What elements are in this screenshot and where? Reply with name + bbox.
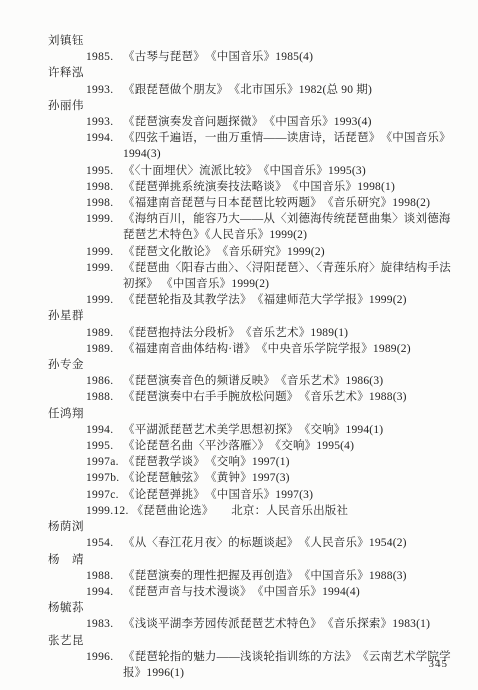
entry-row: 1989.《福建南音曲体结构·谱》 《中央音乐学院学报》1989(2) — [86, 341, 462, 357]
entry-year: 1989. — [86, 341, 120, 357]
entry-text: 《琵琶演奏中右手手腕放松问题》 《音乐艺术》1988(3) — [123, 389, 462, 405]
entry-text: 《浅谈平湖李芳园传派琵琶艺术特色》 《音乐探索》1983(1) — [123, 616, 462, 632]
entry-year: 1998. — [86, 195, 120, 211]
entry-row: 1989.《琵琶抱持法分段析》 《音乐艺术》1989(1) — [86, 325, 462, 341]
entry-row: 1999.《琵琶轮指及其教学法》 《福建师范大学学报》1999(2) — [86, 292, 462, 308]
entry-year: 1994. — [86, 130, 120, 162]
author-name: 任鸿翔 — [48, 406, 462, 422]
entry-year: 1985. — [86, 49, 120, 65]
entry-text: 《琵琶弹挑系统演奏技法略谈》 《中国音乐》1998(1) — [123, 179, 462, 195]
author-name: 杨毓荪 — [48, 600, 462, 616]
entry-year: 1993. — [86, 82, 120, 98]
page-number: 345 — [429, 658, 449, 670]
entry-row: 1997b.《论琵琶触弦》 《黄钟》1997(3) — [86, 470, 462, 486]
author-name: 杨 靖 — [48, 552, 462, 568]
entry-text: 《福建南音琵琶与日本琵琶比较两题》 《音乐研究》1998(2) — [123, 195, 462, 211]
bibliography-list: 刘镇钰1985.《古琴与琵琶》 《中国音乐》1985(4)许释泓1993.《跟琵… — [0, 0, 478, 681]
author-name: 孙星群 — [48, 308, 462, 324]
entry-year: 1988. — [86, 568, 120, 584]
entry-text: 《琵琶演奏发音问题探微》 《中国音乐》1993(4) — [123, 114, 462, 130]
entry-text: 《论琵琶触弦》 《黄钟》1997(3) — [123, 470, 462, 486]
entry-text: 《琵琶轮指及其教学法》 《福建师范大学学报》1999(2) — [123, 292, 462, 308]
entry-year: 1996. — [86, 649, 120, 681]
entry-row: 1998.《琵琶弹挑系统演奏技法略谈》 《中国音乐》1998(1) — [86, 179, 462, 195]
entry-text: 《跟琵琶做个朋友》 《北市国乐》1982(总 90 期) — [123, 82, 462, 98]
entry-year: 1999.12. — [86, 503, 129, 519]
entry-year: 1983. — [86, 616, 120, 632]
entry-row: 1999.《琵琶文化散论》 《音乐研究》1999(2) — [86, 244, 462, 260]
entry-text: 《琵琶轮指的魅力——浅谈轮指训练的方法》 《云南艺术学院学报》1996(1) — [123, 649, 462, 681]
entry-row: 1988.《琵琶演奏中右手手腕放松问题》 《音乐艺术》1988(3) — [86, 389, 462, 405]
entry-year: 1997a. — [86, 454, 120, 470]
entry-text: 《琵琶声音与技术漫谈》 《中国音乐》1994(4) — [123, 584, 462, 600]
entry-year: 1999. — [86, 292, 120, 308]
entry-text: 《论琵琶弹挑》 《中国音乐》1997(3) — [123, 487, 462, 503]
author-name: 刘镇钰 — [48, 33, 462, 49]
entry-year: 1999. — [86, 260, 120, 292]
entry-year: 1997b. — [86, 470, 120, 486]
author-name: 杨荫浏 — [48, 519, 462, 535]
entry-text: 《琵琶教学谈》 《交响》1997(1) — [123, 454, 462, 470]
entry-row: 1995.《〈十面埋伏〉流派比较》 《中国音乐》1995(3) — [86, 163, 462, 179]
entry-year: 1997c. — [86, 487, 120, 503]
entry-text: 《四弦千遍语，一曲万重情——读唐诗，话琵琶》 《中国音乐》1994(3) — [123, 130, 462, 162]
entry-text: 《海纳百川，能容乃大——从〈刘德海传统琵琶曲集〉谈刘德海琵琶艺术特色》《人民音乐… — [123, 211, 462, 243]
entry-year: 1995. — [86, 438, 120, 454]
entry-text: 《平湖派琵琶艺术美学思想初探》 《交响》1994(1) — [123, 422, 462, 438]
entry-text: 《论琵琶名曲〈平沙落雁〉》 《交响》1995(4) — [123, 438, 462, 454]
entry-year: 1998. — [86, 179, 120, 195]
entry-row: 1994.《平湖派琵琶艺术美学思想初探》 《交响》1994(1) — [86, 422, 462, 438]
entry-text: 《琵琶曲论选》 北京：人民音乐出版社 — [132, 503, 462, 519]
entry-row: 1986.《琵琶演奏音色的频谱反映》 《音乐艺术》1986(3) — [86, 373, 462, 389]
entry-row: 1998.《福建南音琵琶与日本琵琶比较两题》 《音乐研究》1998(2) — [86, 195, 462, 211]
entry-text: 《琵琶曲〈阳春古曲〉、〈浔阳琵琶〉、〈青莲乐府〉旋律结构手法初探》 《中国音乐》… — [123, 260, 462, 292]
author-name: 孙专金 — [48, 357, 462, 373]
entry-row: 1993.《跟琵琶做个朋友》 《北市国乐》1982(总 90 期) — [86, 82, 462, 98]
author-name: 孙丽伟 — [48, 98, 462, 114]
entry-year: 1988. — [86, 389, 120, 405]
entry-row: 1999.《琵琶曲〈阳春古曲〉、〈浔阳琵琶〉、〈青莲乐府〉旋律结构手法初探》 《… — [86, 260, 462, 292]
entry-row: 1996.《琵琶轮指的魅力——浅谈轮指训练的方法》 《云南艺术学院学报》1996… — [86, 649, 462, 681]
entry-row: 1983.《浅谈平湖李芳园传派琵琶艺术特色》 《音乐探索》1983(1) — [86, 616, 462, 632]
entry-year: 1986. — [86, 373, 120, 389]
entry-row: 1995.《论琵琶名曲〈平沙落雁〉》 《交响》1995(4) — [86, 438, 462, 454]
entry-text: 《福建南音曲体结构·谱》 《中央音乐学院学报》1989(2) — [123, 341, 462, 357]
entry-year: 1989. — [86, 325, 120, 341]
entry-year: 1999. — [86, 244, 120, 260]
entry-row: 1985.《古琴与琵琶》 《中国音乐》1985(4) — [86, 49, 462, 65]
book-page: 刘镇钰1985.《古琴与琵琶》 《中国音乐》1985(4)许释泓1993.《跟琵… — [0, 0, 478, 690]
entry-text: 《琵琶演奏音色的频谱反映》 《音乐艺术》1986(3) — [123, 373, 462, 389]
entry-row: 1999.《海纳百川，能容乃大——从〈刘德海传统琵琶曲集〉谈刘德海琵琶艺术特色》… — [86, 211, 462, 243]
entry-row: 1999.12.《琵琶曲论选》 北京：人民音乐出版社 — [86, 503, 462, 519]
entry-row: 1954.《从〈春江花月夜〉的标题谈起》 《人民音乐》1954(2) — [86, 535, 462, 551]
entry-year: 1994. — [86, 584, 120, 600]
entry-row: 1997c.《论琵琶弹挑》 《中国音乐》1997(3) — [86, 487, 462, 503]
entry-text: 《琵琶文化散论》 《音乐研究》1999(2) — [123, 244, 462, 260]
entry-text: 《琵琶抱持法分段析》 《音乐艺术》1989(1) — [123, 325, 462, 341]
entry-row: 1994.《四弦千遍语，一曲万重情——读唐诗，话琵琶》 《中国音乐》1994(3… — [86, 130, 462, 162]
author-name: 张艺昆 — [48, 633, 462, 649]
entry-year: 1994. — [86, 422, 120, 438]
entry-year: 1999. — [86, 211, 120, 243]
entry-row: 1997a.《琵琶教学谈》 《交响》1997(1) — [86, 454, 462, 470]
entry-year: 1995. — [86, 163, 120, 179]
entry-row: 1988.《琵琶演奏的理性把握及再创造》 《中国音乐》1988(3) — [86, 568, 462, 584]
entry-text: 《古琴与琵琶》 《中国音乐》1985(4) — [123, 49, 462, 65]
entry-row: 1994.《琵琶声音与技术漫谈》 《中国音乐》1994(4) — [86, 584, 462, 600]
entry-row: 1993.《琵琶演奏发音问题探微》 《中国音乐》1993(4) — [86, 114, 462, 130]
entry-text: 《琵琶演奏的理性把握及再创造》 《中国音乐》1988(3) — [123, 568, 462, 584]
entry-year: 1954. — [86, 535, 120, 551]
author-name: 许释泓 — [48, 65, 462, 81]
entry-year: 1993. — [86, 114, 120, 130]
entry-text: 《〈十面埋伏〉流派比较》 《中国音乐》1995(3) — [123, 163, 462, 179]
entry-text: 《从〈春江花月夜〉的标题谈起》 《人民音乐》1954(2) — [123, 535, 462, 551]
